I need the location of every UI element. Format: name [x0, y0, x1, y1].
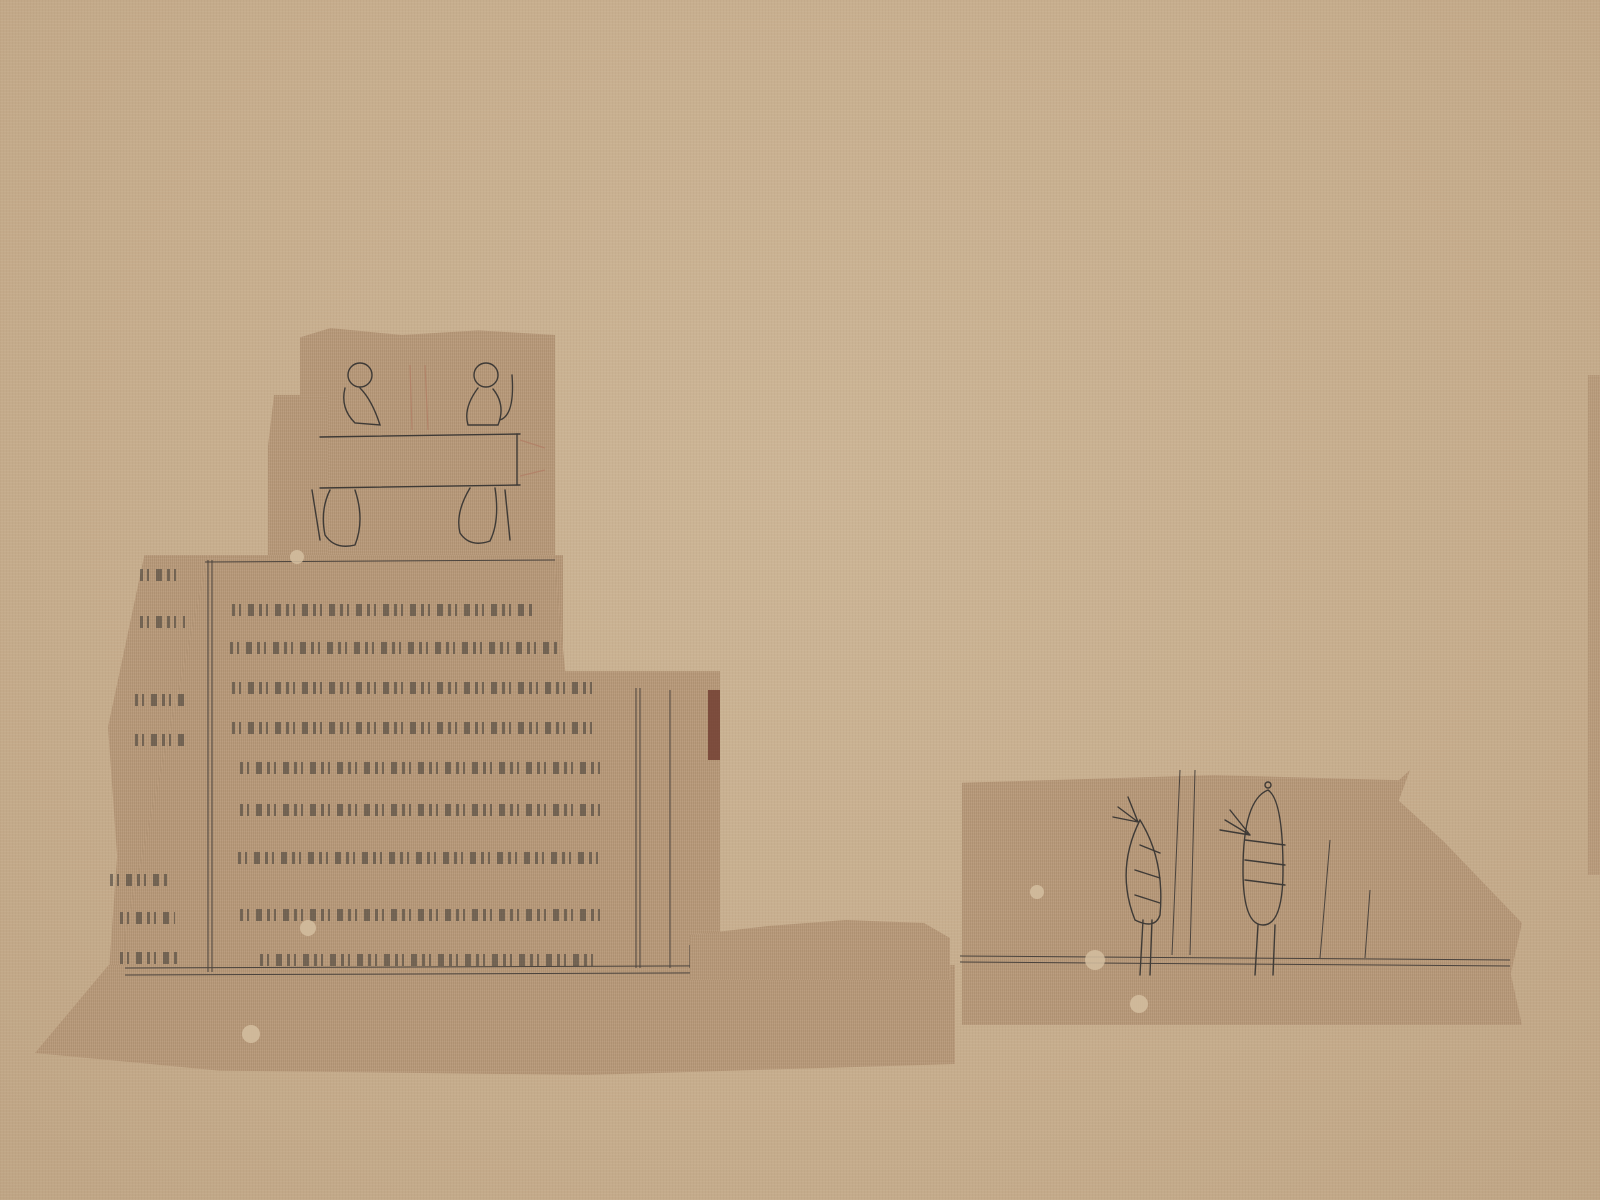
mummiform-figure-icon	[1113, 797, 1161, 975]
artifact-photo: Linen fragment with ink inscription and …	[0, 0, 1600, 1200]
wear-hole	[1030, 885, 1044, 899]
wear-hole	[1085, 950, 1105, 970]
wear-hole	[300, 920, 316, 936]
mummiform-figure-icon	[1220, 782, 1285, 975]
right-fragment-drawing	[0, 0, 1600, 1200]
wear-hole	[242, 1025, 260, 1043]
wear-hole	[290, 550, 304, 564]
right-edge-fragment	[1588, 375, 1600, 875]
wear-hole	[1130, 995, 1148, 1013]
